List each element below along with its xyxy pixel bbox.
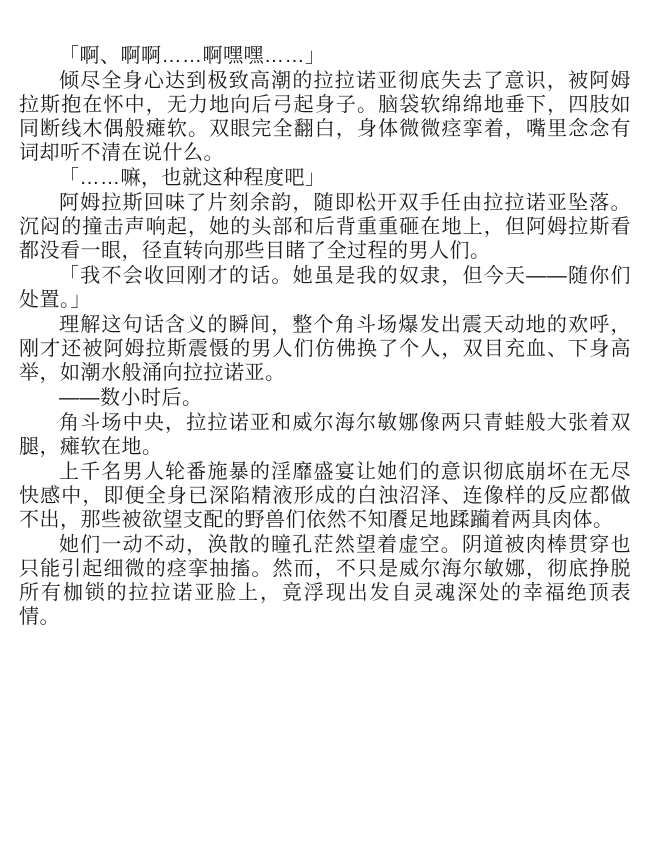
paragraph-narrative-5: 角斗场中央，拉拉诺亚和威尔海尔敏娜像两只青蛙般大张着双腿，瘫软在地。 [19,411,631,459]
paragraph-narrative-6: 上千名男人轮番施暴的淫靡盛宴让她们的意识彻底崩坏在无尽快感中，即便全身已深陷精液… [19,460,631,532]
paragraph-dialogue-2: 「……嘛，也就这种程度吧」 [19,166,631,190]
paragraph-narrative-4: ——数小时后。 [19,386,631,410]
paragraph-dialogue-3: 「我不会收回刚才的话。她虽是我的奴隶，但今天——随你们处置。」 [19,264,631,312]
paragraph-narrative-2: 阿姆拉斯回味了片刻余韵，随即松开双手任由拉拉诺亚坠落。沉闷的撞击声响起，她的头部… [19,191,631,263]
paragraph-narrative-1: 倾尽全身心达到极致高潮的拉拉诺亚彻底失去了意识，被阿姆拉斯抱在怀中，无力地向后弓… [19,69,631,165]
reader-page: 「啊、啊啊……啊嘿嘿……」 倾尽全身心达到极致高潮的拉拉诺亚彻底失去了意识，被阿… [0,0,650,850]
paragraph-dialogue-1: 「啊、啊啊……啊嘿嘿……」 [19,44,631,68]
paragraph-narrative-3: 理解这句话含义的瞬间，整个角斗场爆发出震天动地的欢呼，刚才还被阿姆拉斯震慑的男人… [19,313,631,385]
paragraph-narrative-7: 她们一动不动，涣散的瞳孔茫然望着虚空。阴道被肉棒贯穿也只能引起细微的痉挛抽搐。然… [19,533,631,629]
